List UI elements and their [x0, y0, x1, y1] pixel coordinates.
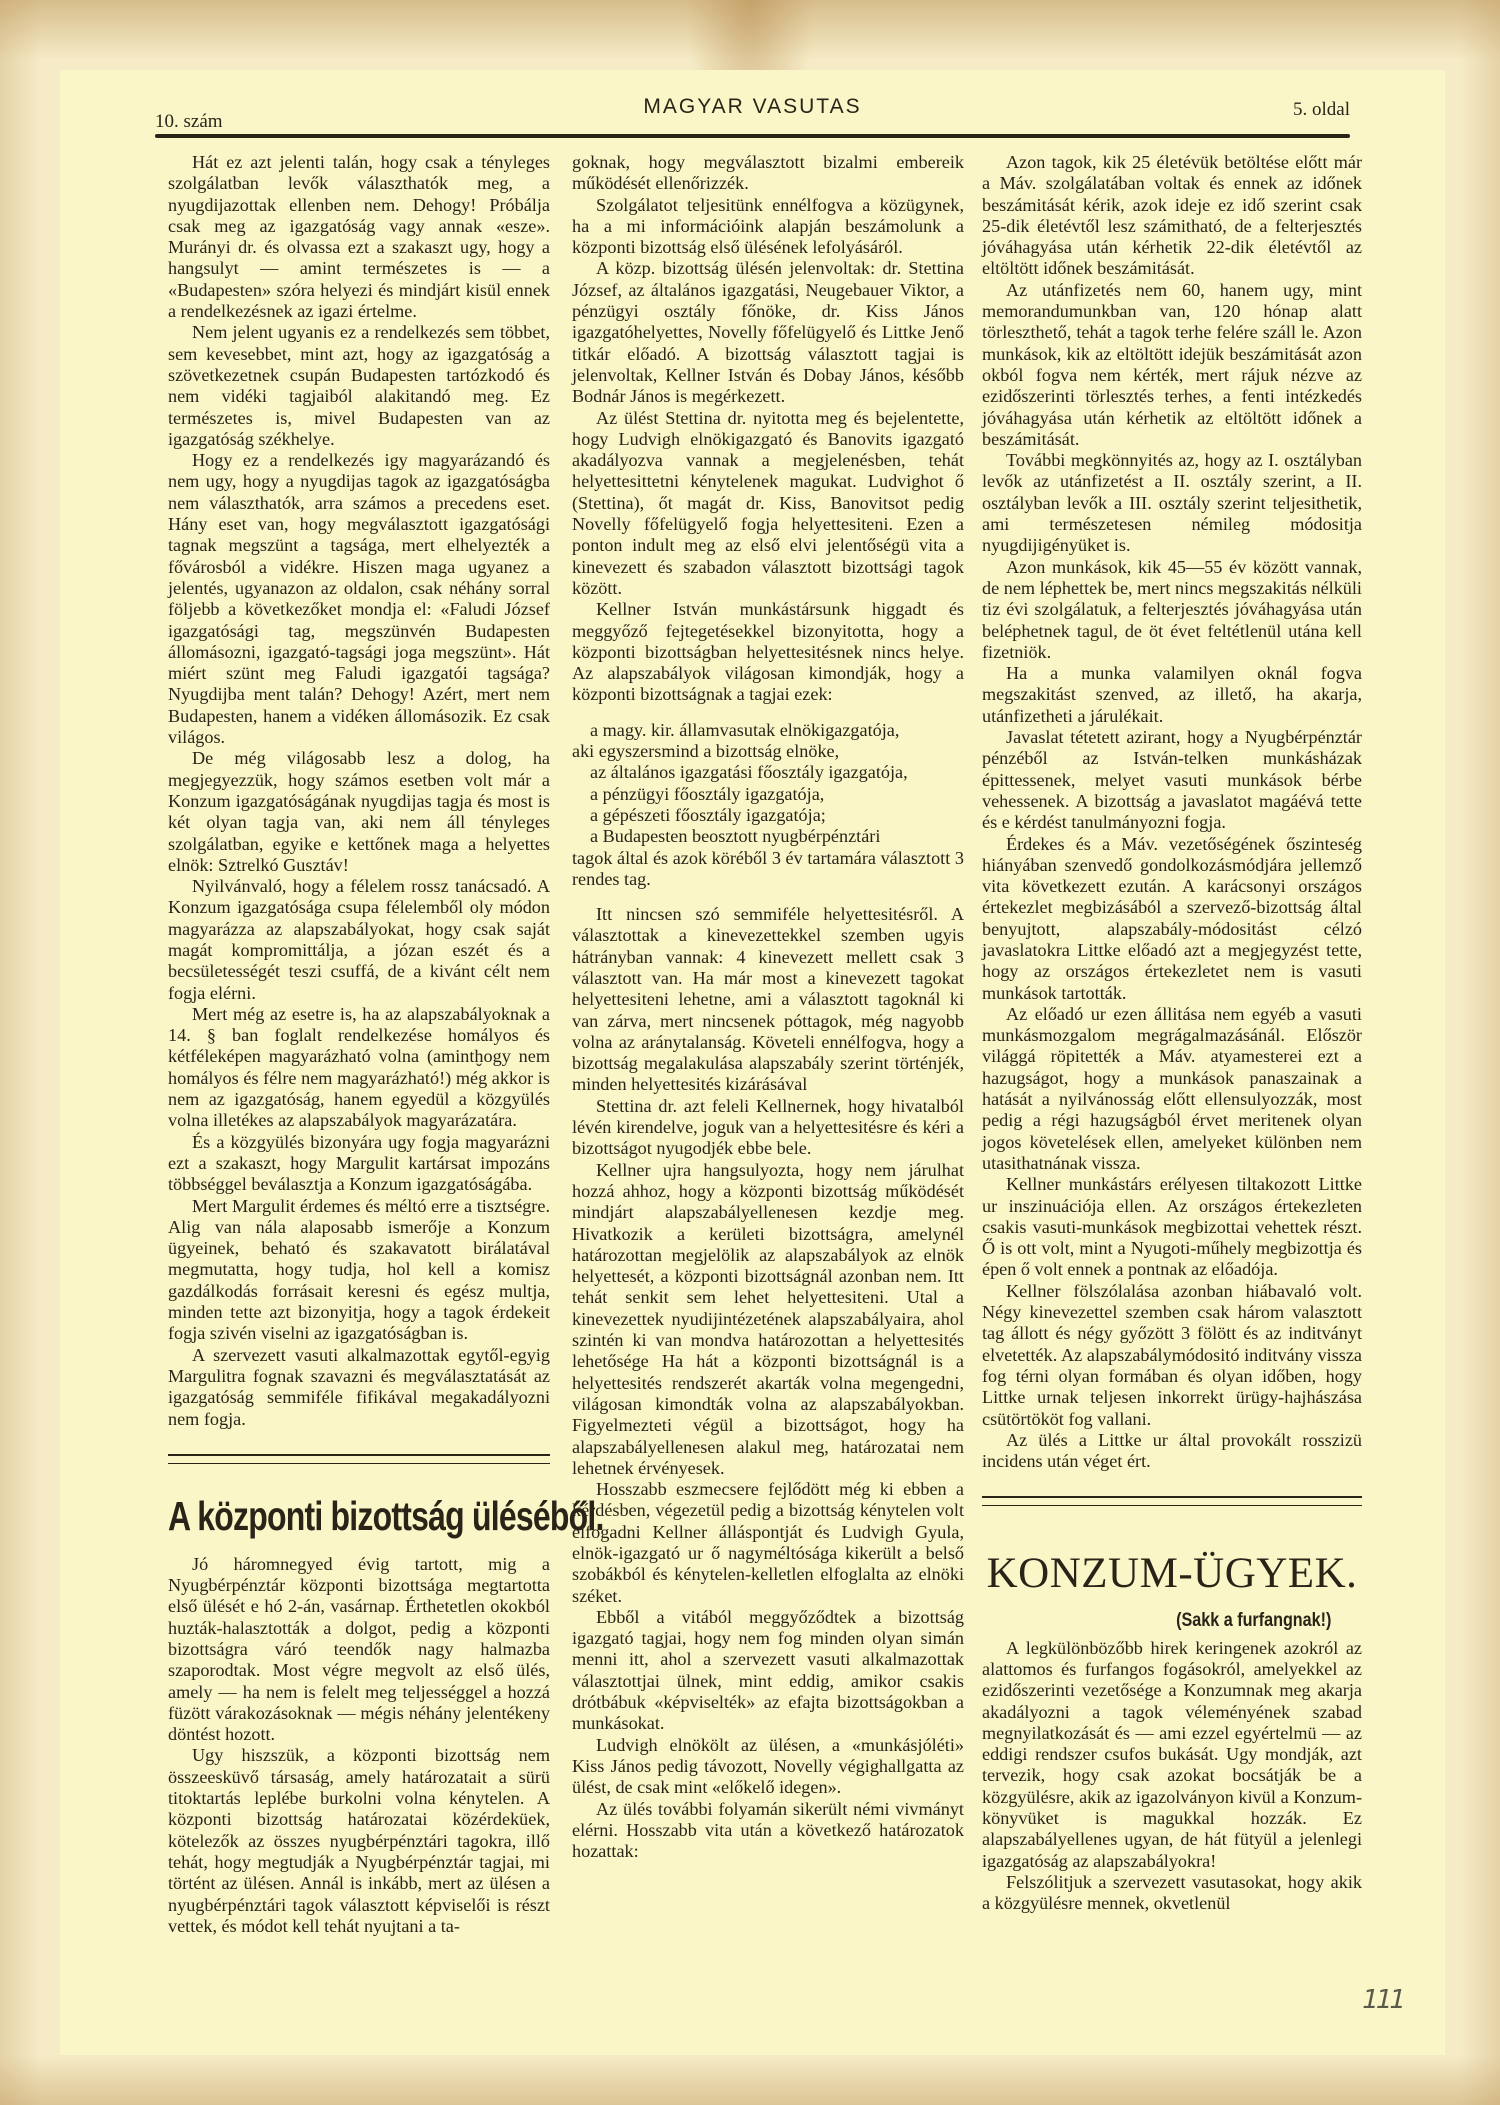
committee-members-list: a magy. kir. államvasutak elnökigazgatój…: [572, 720, 964, 890]
list-item: a Budapesten beosztott nyugbérpénztári: [572, 826, 964, 847]
paragraph: Jó háromnegyed évig tartott, mig a Nyugb…: [168, 1554, 550, 1746]
list-item: tagok által és azok köréből 3 év tartamá…: [572, 848, 964, 891]
paragraph: Az ülés a Littke ur által provokált ross…: [982, 1430, 1362, 1473]
article-headline: A központi bizottság üléséből.: [168, 1492, 466, 1540]
paragraph: A szervezett vasuti alkalmazottak egytől…: [168, 1345, 550, 1430]
column-3: Azon tagok, kik 25 életévük betöltése el…: [982, 152, 1362, 1915]
paragraph: Kellner munkástárs erélyesen tiltakozott…: [982, 1174, 1362, 1280]
paragraph: Hát ez azt jelenti talán, hogy csak a té…: [168, 152, 550, 322]
paragraph: Kellner fölszólalása azonban hiábavaló v…: [982, 1281, 1362, 1430]
paragraph: Mert Margulit érdemes és méltó erre a ti…: [168, 1196, 550, 1345]
section-divider: [168, 1454, 550, 1464]
paragraph: Hosszabb eszmecsere fejlődött még ki ebb…: [572, 1479, 964, 1607]
column-2: goknak, hogy megválasztott bizalmi ember…: [572, 152, 964, 1862]
paragraph: A közp. bizottság ülésén jelenvoltak: dr…: [572, 258, 964, 407]
paragraph: goknak, hogy megválasztott bizalmi ember…: [572, 152, 964, 195]
handwritten-page-mark: 111: [1359, 1985, 1406, 2015]
list-item: a pénzügyi főosztály igazgatója,: [572, 784, 964, 805]
paragraph: Az utánfizetés nem 60, hanem ugy, mint m…: [982, 280, 1362, 450]
paragraph: És a közgyülés bizonyára ugy fogja magya…: [168, 1132, 550, 1196]
paragraph: Ebből a vitából meggyőződtek a bizottság…: [572, 1607, 964, 1735]
list-item: aki egyszersmind a bizottság elnöke,: [572, 741, 964, 762]
publication-title: MAGYAR VASUTAS: [155, 95, 1350, 119]
page-number: 5. oldal: [1293, 99, 1350, 121]
paragraph: Kellner István munkástársunk higgadt és …: [572, 599, 964, 705]
paragraph: Szolgálatot teljesitünk ennélfogva a köz…: [572, 195, 964, 259]
list-item: a magy. kir. államvasutak elnökigazgatój…: [572, 720, 964, 741]
column-1: Hát ez azt jelenti talán, hogy csak a té…: [168, 152, 550, 1937]
list-item: az általános igazgatási főosztály igazga…: [572, 762, 964, 783]
header-rule: [155, 134, 1350, 138]
paragraph: Ha a munka valamilyen oknál fogva megsza…: [982, 663, 1362, 727]
paragraph: Nem jelent ugyanis ez a rendelkezés sem …: [168, 322, 550, 450]
paragraph: Javaslat tétetett azirant, hogy a Nyugbé…: [982, 727, 1362, 833]
paragraph: Mert még az esetre is, ha az alapszabály…: [168, 1004, 550, 1132]
paragraph: Azon munkások, kik 45—55 év között vanna…: [982, 557, 1362, 663]
paragraph: Hogy ez a rendelkezés igy magyarázandó é…: [168, 450, 550, 748]
list-item: a gépészeti főosztály igazgatója;: [572, 805, 964, 826]
paragraph: Azon tagok, kik 25 életévük betöltése el…: [982, 152, 1362, 280]
paragraph: Érdekes és a Máv. vezetőségének őszintes…: [982, 834, 1362, 1004]
paragraph: Felszólitjuk a szervezett vasutasokat, h…: [982, 1872, 1362, 1915]
paragraph: Kellner ujra hangsulyozta, hogy nem járu…: [572, 1160, 964, 1479]
paragraph: Stettina dr. azt feleli Kellnernek, hogy…: [572, 1096, 964, 1160]
paragraph: Nyilvánvaló, hogy a félelem rossz tanács…: [168, 876, 550, 1004]
paragraph: Az ülést Stettina dr. nyitotta meg és be…: [572, 408, 964, 600]
paragraph: További megkönnyités az, hogy az I. oszt…: [982, 450, 1362, 556]
paragraph: Az előadó ur ezen állitása nem egyéb a v…: [982, 1004, 1362, 1174]
paragraph: Itt nincsen szó semmiféle helyettesitésr…: [572, 904, 964, 1096]
article-headline: KONZUM-ÜGYEK.: [982, 1548, 1362, 1600]
paragraph: De még világosabb lesz a dolog, ha megje…: [168, 748, 550, 876]
paragraph: Ludvigh elnökölt az ülésen, a «munkásjól…: [572, 1735, 964, 1799]
article-subheadline: (Sakk a furfangnak!): [1039, 1610, 1362, 1631]
paragraph: Ugy hiszszük, a központi bizottság nem ö…: [168, 1745, 550, 1937]
paragraph: A legkülönbözőbb hirek keringenek azokró…: [982, 1638, 1362, 1872]
section-divider: [982, 1496, 1362, 1506]
paragraph: Az ülés további folyamán sikerült némi v…: [572, 1799, 964, 1863]
